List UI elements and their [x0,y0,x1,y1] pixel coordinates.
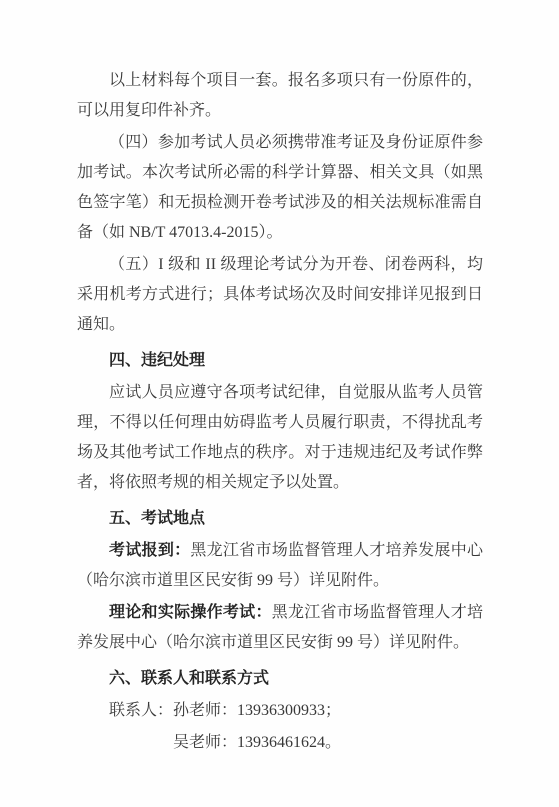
para-exam-registration-location-span-0: 考试报到： [109,542,190,559]
para-theory-practical-location: 理论和实际操作考试：黑龙江省市场监督管理人才培养发展中心（哈尔滨市道里区民安街 … [77,598,483,658]
document-body: 以上材料每个项目一套。报名多项只有一份原件的，可以用复印件补齐。（四）参加考试人… [77,66,483,758]
document-page: 以上材料每个项目一套。报名多项只有一份原件的，可以用复印件补齐。（四）参加考试人… [0,0,559,807]
para-exam-registration-location: 考试报到：黑龙江省市场监督管理人才培养发展中心（哈尔滨市道里区民安街 99 号）… [77,536,483,596]
para-discipline-rules: 应试人员应遵守各项考试纪律，自觉服从监考人员管理，不得以任何理由妨碍监考人员履行… [77,378,483,498]
para-contact-wu-span-0: 吴老师：13936461624。 [173,734,341,751]
para-contact-sun: 联系人：孙老师：13936300933； [77,696,483,726]
para-contact-wu: 吴老师：13936461624。 [77,728,483,758]
para-item-4-admission: （四）参加考试人员必须携带准考证及身份证原件参加考试。本次考试所必需的科学计算器… [77,128,483,248]
para-item-5-theory-exam-span-0: （五）I 级和 II 级理论考试分为开卷、闭卷两科，均采用机考方式进行；具体考试… [77,256,483,333]
heading-section-5: 五、考试地点 [77,504,483,534]
heading-section-6-span-0: 六、联系人和联系方式 [109,670,269,687]
heading-section-4: 四、违纪处理 [77,346,483,376]
para-item-4-admission-span-0: （四）参加考试人员必须携带准考证及身份证原件参加考试。本次考试所必需的科学计算器… [77,134,483,241]
para-theory-practical-location-span-0: 理论和实际操作考试： [109,604,272,621]
heading-section-4-span-0: 四、违纪处理 [109,352,205,369]
para-item-5-theory-exam: （五）I 级和 II 级理论考试分为开卷、闭卷两科，均采用机考方式进行；具体考试… [77,250,483,340]
heading-section-6: 六、联系人和联系方式 [77,664,483,694]
para-discipline-rules-span-0: 应试人员应遵守各项考试纪律，自觉服从监考人员管理，不得以任何理由妨碍监考人员履行… [77,384,483,491]
para-materials-note: 以上材料每个项目一套。报名多项只有一份原件的，可以用复印件补齐。 [77,66,483,126]
para-materials-note-span-0: 以上材料每个项目一套。报名多项只有一份原件的，可以用复印件补齐。 [77,72,483,119]
para-contact-sun-span-0: 联系人：孙老师：13936300933； [109,702,341,719]
heading-section-5-span-0: 五、考试地点 [109,510,205,527]
